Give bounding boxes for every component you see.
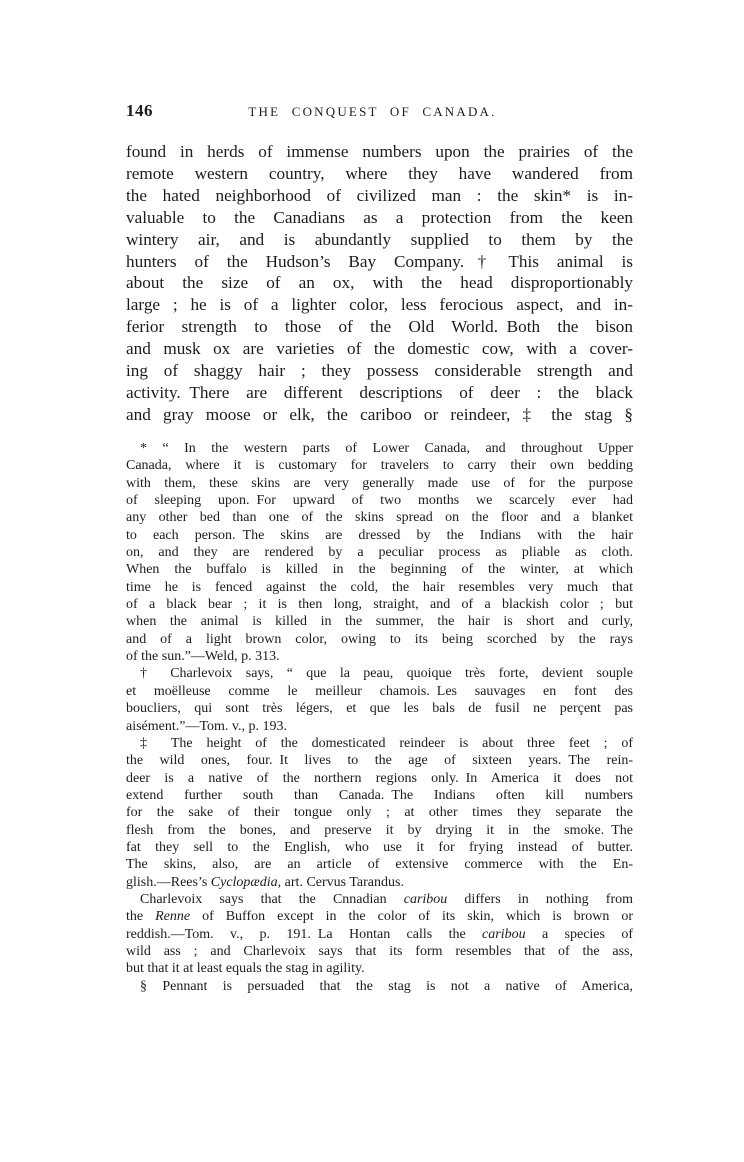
text-line: aisément.”—Tom. v., p. 193. <box>126 718 633 735</box>
text-line: glish.—Rees’s Cyclopædia, art. Cervus Ta… <box>126 874 633 891</box>
main-text: found in herds of immense numbers upon t… <box>126 141 633 426</box>
text-line: any other bed than one of the skins spre… <box>126 509 633 526</box>
text-line: ferior strength to those of the Old Worl… <box>126 316 633 338</box>
text-line: Charlevoix says that the Cnnadian caribo… <box>126 891 633 908</box>
text-line: on, and they are rendered by a peculiar … <box>126 544 633 561</box>
text-line: † Charlevoix says, “ que la peau, quoiqu… <box>126 665 633 682</box>
page-header: 146 THE CONQUEST OF CANADA. <box>126 101 633 123</box>
text-line: ‡ The height of the domesticated reindee… <box>126 735 633 752</box>
text-line: et moëlleuse comme le meilleur chamois. … <box>126 683 633 700</box>
text-line: ing of shaggy hair ; they possess consid… <box>126 360 633 382</box>
text-line: of the sun.”—Weld, p. 313. <box>126 648 633 665</box>
text-line: and musk ox are varieties of the domesti… <box>126 338 633 360</box>
text-line: the Renne of Buffon except in the color … <box>126 908 633 925</box>
text-line: boucliers, qui sont très légers, et que … <box>126 700 633 717</box>
text-line: hunters of the Hudson’s Bay Company.† Th… <box>126 251 633 273</box>
footnotes: * “ In the western parts of Lower Canada… <box>126 440 633 995</box>
text-line: and gray moose or elk, the cariboo or re… <box>126 404 633 426</box>
text-line: about the size of an ox, with the head d… <box>126 272 633 294</box>
text-line: wild ass ; and Charlevoix says that its … <box>126 943 633 960</box>
text-line: with them, these skins are very generall… <box>126 475 633 492</box>
running-title: THE CONQUEST OF CANADA. <box>126 104 619 120</box>
text-line: remote western country, where they have … <box>126 163 633 185</box>
text-line: When the buffalo is killed in the beginn… <box>126 561 633 578</box>
text-line: deer is a native of the northern regions… <box>126 770 633 787</box>
text-line: fat they sell to the English, who use it… <box>126 839 633 856</box>
text-line: wintery air, and is abundantly supplied … <box>126 229 633 251</box>
text-line: of sleeping upon. For upward of two mont… <box>126 492 633 509</box>
text-line: and of a light brown color, owing to its… <box>126 631 633 648</box>
text-line: reddish.—Tom. v., p. 191. La Hontan call… <box>126 926 633 943</box>
text-line: time he is fenced against the cold, the … <box>126 579 633 596</box>
text-line: the wild ones, four. It lives to the age… <box>126 752 633 769</box>
text-line: for the sake of their tongue only ; at o… <box>126 804 633 821</box>
text-line: found in herds of immense numbers upon t… <box>126 141 633 163</box>
text-line: * “ In the western parts of Lower Canada… <box>126 440 633 457</box>
text-line: The skins, also, are an article of exten… <box>126 856 633 873</box>
text-line: flesh from the bones, and preserve it by… <box>126 822 633 839</box>
text-line: when the animal is killed in the summer,… <box>126 613 633 630</box>
text-line: § Pennant is persuaded that the stag is … <box>126 978 633 995</box>
text-line: extend further south than Canada. The In… <box>126 787 633 804</box>
text-line: valuable to the Canadians as a protectio… <box>126 207 633 229</box>
text-line: the hated neighborhood of civilized man … <box>126 185 633 207</box>
text-line: but that it at least equals the stag in … <box>126 960 633 977</box>
text-line: to each person. The skins are dressed by… <box>126 527 633 544</box>
text-line: of a black bear ; it is then long, strai… <box>126 596 633 613</box>
text-line: Canada, where it is customary for travel… <box>126 457 633 474</box>
text-line: activity. There are different descriptio… <box>126 382 633 404</box>
book-page: 146 THE CONQUEST OF CANADA. found in her… <box>0 0 744 1162</box>
text-line: large ; he is of a lighter color, less f… <box>126 294 633 316</box>
